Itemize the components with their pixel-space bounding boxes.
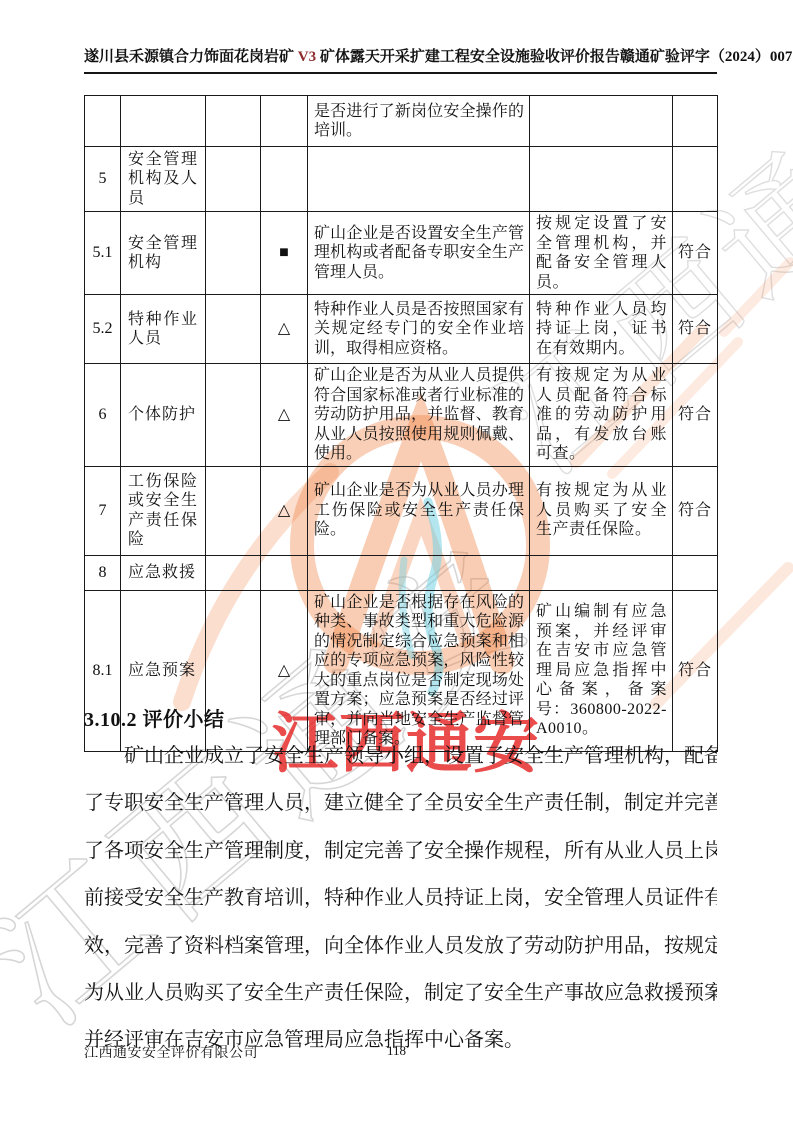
symbol-cell: ■ (261, 212, 308, 295)
finding-cell (530, 96, 673, 147)
result-cell (673, 147, 718, 212)
row-number-cell: 5 (85, 147, 121, 212)
header-rule (84, 72, 717, 74)
finding-cell: 有按规定为从业人员配备符合标准的劳动防护用品，有发放台账可查。 (530, 364, 673, 467)
symbol-cell (261, 555, 308, 590)
summary-line: 前接受安全生产教育培训，特种作业人员持证上岗，安全管理人员证件有 (84, 875, 717, 922)
check-item-cell: 矿山企业是否为从业人员办理工伤保险或安全生产责任保险。 (308, 466, 530, 555)
basis-cell (206, 555, 261, 590)
item-name-cell: 工伤保险或安全生产责任保险 (121, 466, 206, 555)
row-number-cell: 8 (85, 555, 121, 590)
symbol-cell (261, 96, 308, 147)
check-item-cell: 矿山企业是否设置安全生产管理机构或者配备专职安全生产管理人员。 (308, 212, 530, 295)
check-item-cell: 矿山企业是否为从业人员提供符合国家标准或者行业标准的劳动防护用品，并监督、教育从… (308, 364, 530, 467)
table-row: 5.2 特种作业人员 △ 特种作业人员是否按照国家有关规定经专门的安全作业培训，… (85, 295, 718, 364)
basis-cell (206, 364, 261, 467)
row-number-cell: 5.1 (85, 212, 121, 295)
result-cell (673, 96, 718, 147)
item-name-cell: 安全管理机构及人员 (121, 147, 206, 212)
row-number-cell (85, 96, 121, 147)
header-title-prefix: 遂川县禾源镇合力饰面花岗岩矿 (84, 49, 298, 65)
table-row: 5.1 安全管理机构 ■ 矿山企业是否设置安全生产管理机构或者配备专职安全生产管… (85, 212, 718, 295)
check-item-cell: 是否进行了新岗位安全操作的培训。 (308, 96, 530, 147)
header-doc-number: 赣通矿验评字（2024）007 号 (620, 45, 793, 66)
result-cell: 符合 (673, 364, 718, 467)
row-number-cell: 6 (85, 364, 121, 467)
table-row: 是否进行了新岗位安全操作的培训。 (85, 96, 718, 147)
result-cell: 符合 (673, 295, 718, 364)
item-name-cell: 个体防护 (121, 364, 206, 467)
header-title: 遂川县禾源镇合力饰面花岗岩矿 V3 矿体露天开采扩建工程安全设施验收评价报告 (84, 45, 620, 66)
symbol-cell: △ (261, 364, 308, 467)
symbol-cell: △ (261, 295, 308, 364)
result-cell (673, 555, 718, 590)
summary-line: 矿山企业成立了安全生产领导小组，设置了安全生产管理机构，配备 (84, 733, 717, 780)
table-row: 6 个体防护 △ 矿山企业是否为从业人员提供符合国家标准或者行业标准的劳动防护用… (85, 364, 718, 467)
summary-line: 了专职安全生产管理人员，建立健全了全员安全生产责任制，制定并完善 (84, 780, 717, 827)
table-row: 7 工伤保险或安全生产责任保险 △ 矿山企业是否为从业人员办理工伤保险或安全生产… (85, 466, 718, 555)
section-heading: 3.10.2 评价小结 (84, 703, 717, 732)
finding-cell: 有按规定为从业人员购买了安全生产责任保险。 (530, 466, 673, 555)
result-cell: 符合 (673, 466, 718, 555)
summary-line: 为从业人员购买了安全生产责任保险，制定了安全生产事故应急救援预案 (84, 970, 717, 1017)
row-number-cell: 5.2 (85, 295, 121, 364)
basis-cell (206, 295, 261, 364)
table-row: 8 应急救援 (85, 555, 718, 590)
audit-table: 是否进行了新岗位安全操作的培训。 5 安全管理机构及人员 5.1 安全管理机构 (84, 95, 718, 752)
check-item-cell: 特种作业人员是否按照国家有关规定经专门的安全作业培训，取得相应资格。 (308, 295, 530, 364)
table-row: 5 安全管理机构及人员 (85, 147, 718, 212)
check-item-cell (308, 555, 530, 590)
finding-cell: 按规定设置了安全管理机构，并配备安全管理人员。 (530, 212, 673, 295)
finding-cell (530, 147, 673, 212)
result-cell: 符合 (673, 212, 718, 295)
summary-line: 了各项安全生产管理制度，制定完善了安全操作规程，所有从业人员上岗 (84, 828, 717, 875)
symbol-cell (261, 147, 308, 212)
basis-cell (206, 466, 261, 555)
finding-cell (530, 555, 673, 590)
item-name-cell: 应急救援 (121, 555, 206, 590)
item-name-cell: 特种作业人员 (121, 295, 206, 364)
document-page: 江西通安 江西通安 江西通安 遂川县禾源镇合力饰面花岗岩矿 V3 矿体露天开采扩… (0, 0, 793, 1122)
basis-cell (206, 96, 261, 147)
symbol-cell: △ (261, 466, 308, 555)
header-title-suffix: 矿体露天开采扩建工程安全设施验收评价报告 (316, 49, 620, 65)
row-number-cell: 7 (85, 466, 121, 555)
item-name-cell: 安全管理机构 (121, 212, 206, 295)
item-name-cell (121, 96, 206, 147)
page-header: 遂川县禾源镇合力饰面花岗岩矿 V3 矿体露天开采扩建工程安全设施验收评价报告 赣… (84, 45, 717, 66)
basis-cell (206, 147, 261, 212)
summary-line: 效，完善了资料档案管理，向全体作业人员发放了劳动防护用品，按规定 (84, 923, 717, 970)
check-item-cell (308, 147, 530, 212)
basis-cell (206, 212, 261, 295)
page-content: 遂川县禾源镇合力饰面花岗岩矿 V3 矿体露天开采扩建工程安全设施验收评价报告 赣… (0, 0, 793, 1122)
page-number: 118 (0, 1043, 793, 1059)
finding-cell: 特种作业人员均持证上岗，证书在有效期内。 (530, 295, 673, 364)
header-title-highlight: V3 (298, 49, 316, 65)
summary-paragraph: 矿山企业成立了安全生产领导小组，设置了安全生产管理机构，配备 了专职安全生产管理… (84, 733, 717, 1065)
